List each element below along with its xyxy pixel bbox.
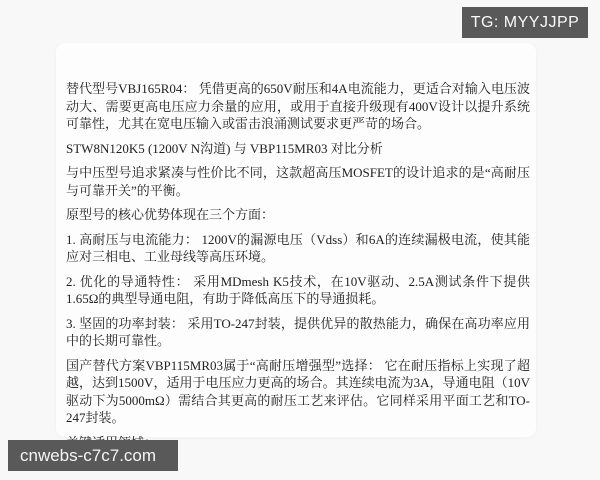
list-item-voltage-current: 1. 高耐压与电流能力： 1200V的漏源电压（Vdss）和6A的连续漏极电流，… [66, 231, 530, 266]
list-item-package: 3. 坚固的功率封装： 采用TO-247封装，提供优异的散热能力，确保在高功率应… [66, 315, 530, 350]
para-design-balance: 与中压型号追求紧凑与性价比不同，这款超高压MOSFET的设计追求的是“高耐压与可… [66, 164, 530, 199]
para-advantages-intro: 原型号的核心优势体现在三个方面： [66, 206, 530, 224]
content-card: 替代型号VBJ165R04： 凭借更高的650V耐压和4A电流能力，更适合对输入… [56, 43, 536, 437]
para-replacement-model: 替代型号VBJ165R04： 凭借更高的650V耐压和4A电流能力，更适合对输入… [66, 80, 530, 133]
site-watermark-badge: cnwebs-c7c7.com [8, 440, 178, 471]
para-domestic-alternative: 国产替代方案VBP115MR03属于“高耐压增强型”选择： 它在耐压指标上实现了… [66, 357, 530, 427]
heading-comparison: STW8N120K5 (1200V N沟道) 与 VBP115MR03 对比分析 [66, 140, 530, 158]
list-item-conduction: 2. 优化的导通特性： 采用MDmesh K5技术，在10V驱动、2.5A测试条… [66, 273, 530, 308]
tg-watermark-badge: TG: MYYJJPP [462, 7, 588, 38]
page: TG: MYYJJPP 替代型号VBJ165R04： 凭借更高的650V耐压和4… [0, 0, 600, 480]
